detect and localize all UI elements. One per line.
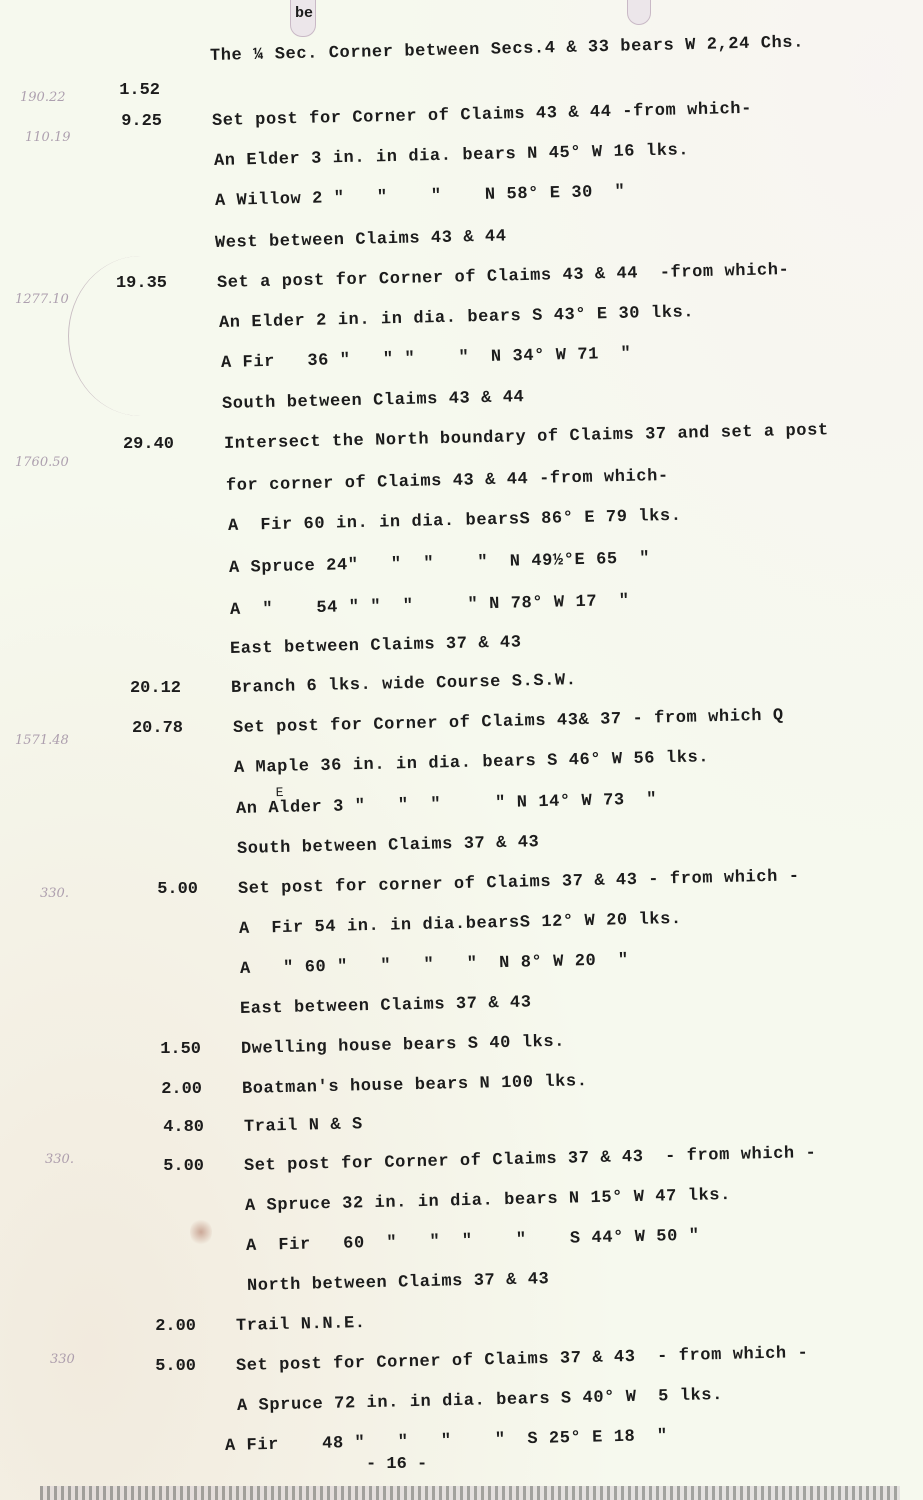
note-line: South between Claims 43 & 44 [222, 388, 525, 414]
note-line: A Fir 48 " " " " S 25° E 18 " [225, 1427, 668, 1456]
note-line: A Maple 36 in. in dia. bears S 46° W 56 … [234, 748, 710, 778]
note-line: West between Claims 43 & 44 [215, 227, 507, 253]
note-line: An Alder 3 " " " " N 14° W 73 "E [236, 790, 658, 819]
note-line: A Spruce 24" " " " N 49½°E 65 " [229, 549, 651, 578]
note-line: Branch 6 lks. wide Course S.S.W. [231, 671, 577, 698]
margin-note: 330 [50, 1352, 75, 1367]
margin-note: 1760.50 [15, 455, 69, 470]
note-line: Set post for Corner of Claims 37 & 43 - … [244, 1144, 817, 1176]
distance-value: 9.25 [72, 112, 162, 131]
bottom-edge [40, 1486, 900, 1500]
top-mark: be [295, 5, 313, 22]
note-line: Set post for Corner of Claims 43 & 44 -f… [212, 100, 752, 131]
note-line: Trail N.N.E. [236, 1314, 366, 1336]
distance-value: 5.00 [108, 880, 198, 899]
note-line: Set a post for Corner of Claims 43 & 44 … [217, 261, 790, 293]
distance-value: 5.00 [114, 1157, 204, 1176]
note-line: East between Claims 37 & 43 [230, 633, 522, 659]
distance-value: 5.00 [106, 1357, 196, 1376]
margin-note: 1571.48 [15, 733, 69, 748]
distance-value: 20.78 [93, 719, 183, 738]
note-line: Dwelling house bears S 40 lks. [241, 1033, 565, 1059]
note-line: An Elder 2 in. in dia. bears S 43° E 30 … [219, 303, 695, 333]
note-line: Set post for Corner of Claims 43& 37 - f… [233, 707, 784, 738]
note-line: Set post for Corner of Claims 37 & 43 - … [236, 1344, 809, 1376]
note-line: North between Claims 37 & 43 [247, 1270, 550, 1296]
distance-value: 19.35 [77, 274, 167, 293]
margin-note: 190.22 [20, 90, 66, 105]
note-line: Trail N & S [244, 1115, 363, 1137]
distance-value: 2.00 [106, 1317, 196, 1336]
note-line: A Fir 60 in. in dia. bearsS 86° E 79 lks… [228, 507, 682, 536]
note-line: Intersect the North boundary of Claims 3… [224, 421, 829, 454]
note-line: A Fir 60 " " " " S 44° W 50 " [246, 1227, 700, 1256]
distance-value: 29.40 [84, 435, 174, 454]
handwritten-correction: E [275, 785, 284, 800]
note-line: South between Claims 37 & 43 [237, 833, 540, 859]
distance-value: 20.12 [91, 679, 181, 698]
note-line: A " 54 " " " " N 78° W 17 " [230, 592, 630, 620]
note-line: The ¼ Sec. Corner between Secs.4 & 33 be… [210, 34, 804, 66]
punch-hole [627, 0, 651, 25]
note-line: Boatman's house bears N 100 lks. [242, 1072, 588, 1099]
note-line: A Spruce 72 in. in dia. bears S 40° W 5 … [237, 1386, 723, 1416]
margin-note: 110.19 [25, 130, 71, 145]
note-line: A Fir 54 in. in dia.bearsS 12° W 20 lks. [239, 910, 682, 939]
margin-note: 330. [40, 886, 69, 901]
note-line: for corner of Claims 43 & 44 -from which… [226, 467, 669, 496]
note-line: Set post for corner of Claims 37 & 43 - … [238, 867, 800, 899]
distance-value: 2.00 [112, 1080, 202, 1099]
distance-value: 4.80 [114, 1118, 204, 1137]
distance-value: 1.50 [111, 1040, 201, 1059]
note-line: East between Claims 37 & 43 [240, 993, 532, 1019]
distance-value: 1.52 [70, 81, 160, 100]
note-line: A Spruce 32 in. in dia. bears N 15° W 47… [245, 1186, 731, 1216]
page-number: - 16 - [366, 1455, 427, 1474]
margin-note: 1277.10 [15, 292, 69, 307]
note-line: A " 60 " " " " N 8° W 20 " [240, 951, 629, 979]
stain-mark [190, 1218, 212, 1246]
note-line: A Fir 36 " " " " N 34° W 71 " [221, 345, 632, 373]
note-line: A Willow 2 " " " N 58° E 30 " [215, 183, 626, 211]
margin-note: 330. [45, 1152, 74, 1167]
note-line: An Elder 3 in. in dia. bears N 45° W 16 … [214, 141, 690, 171]
